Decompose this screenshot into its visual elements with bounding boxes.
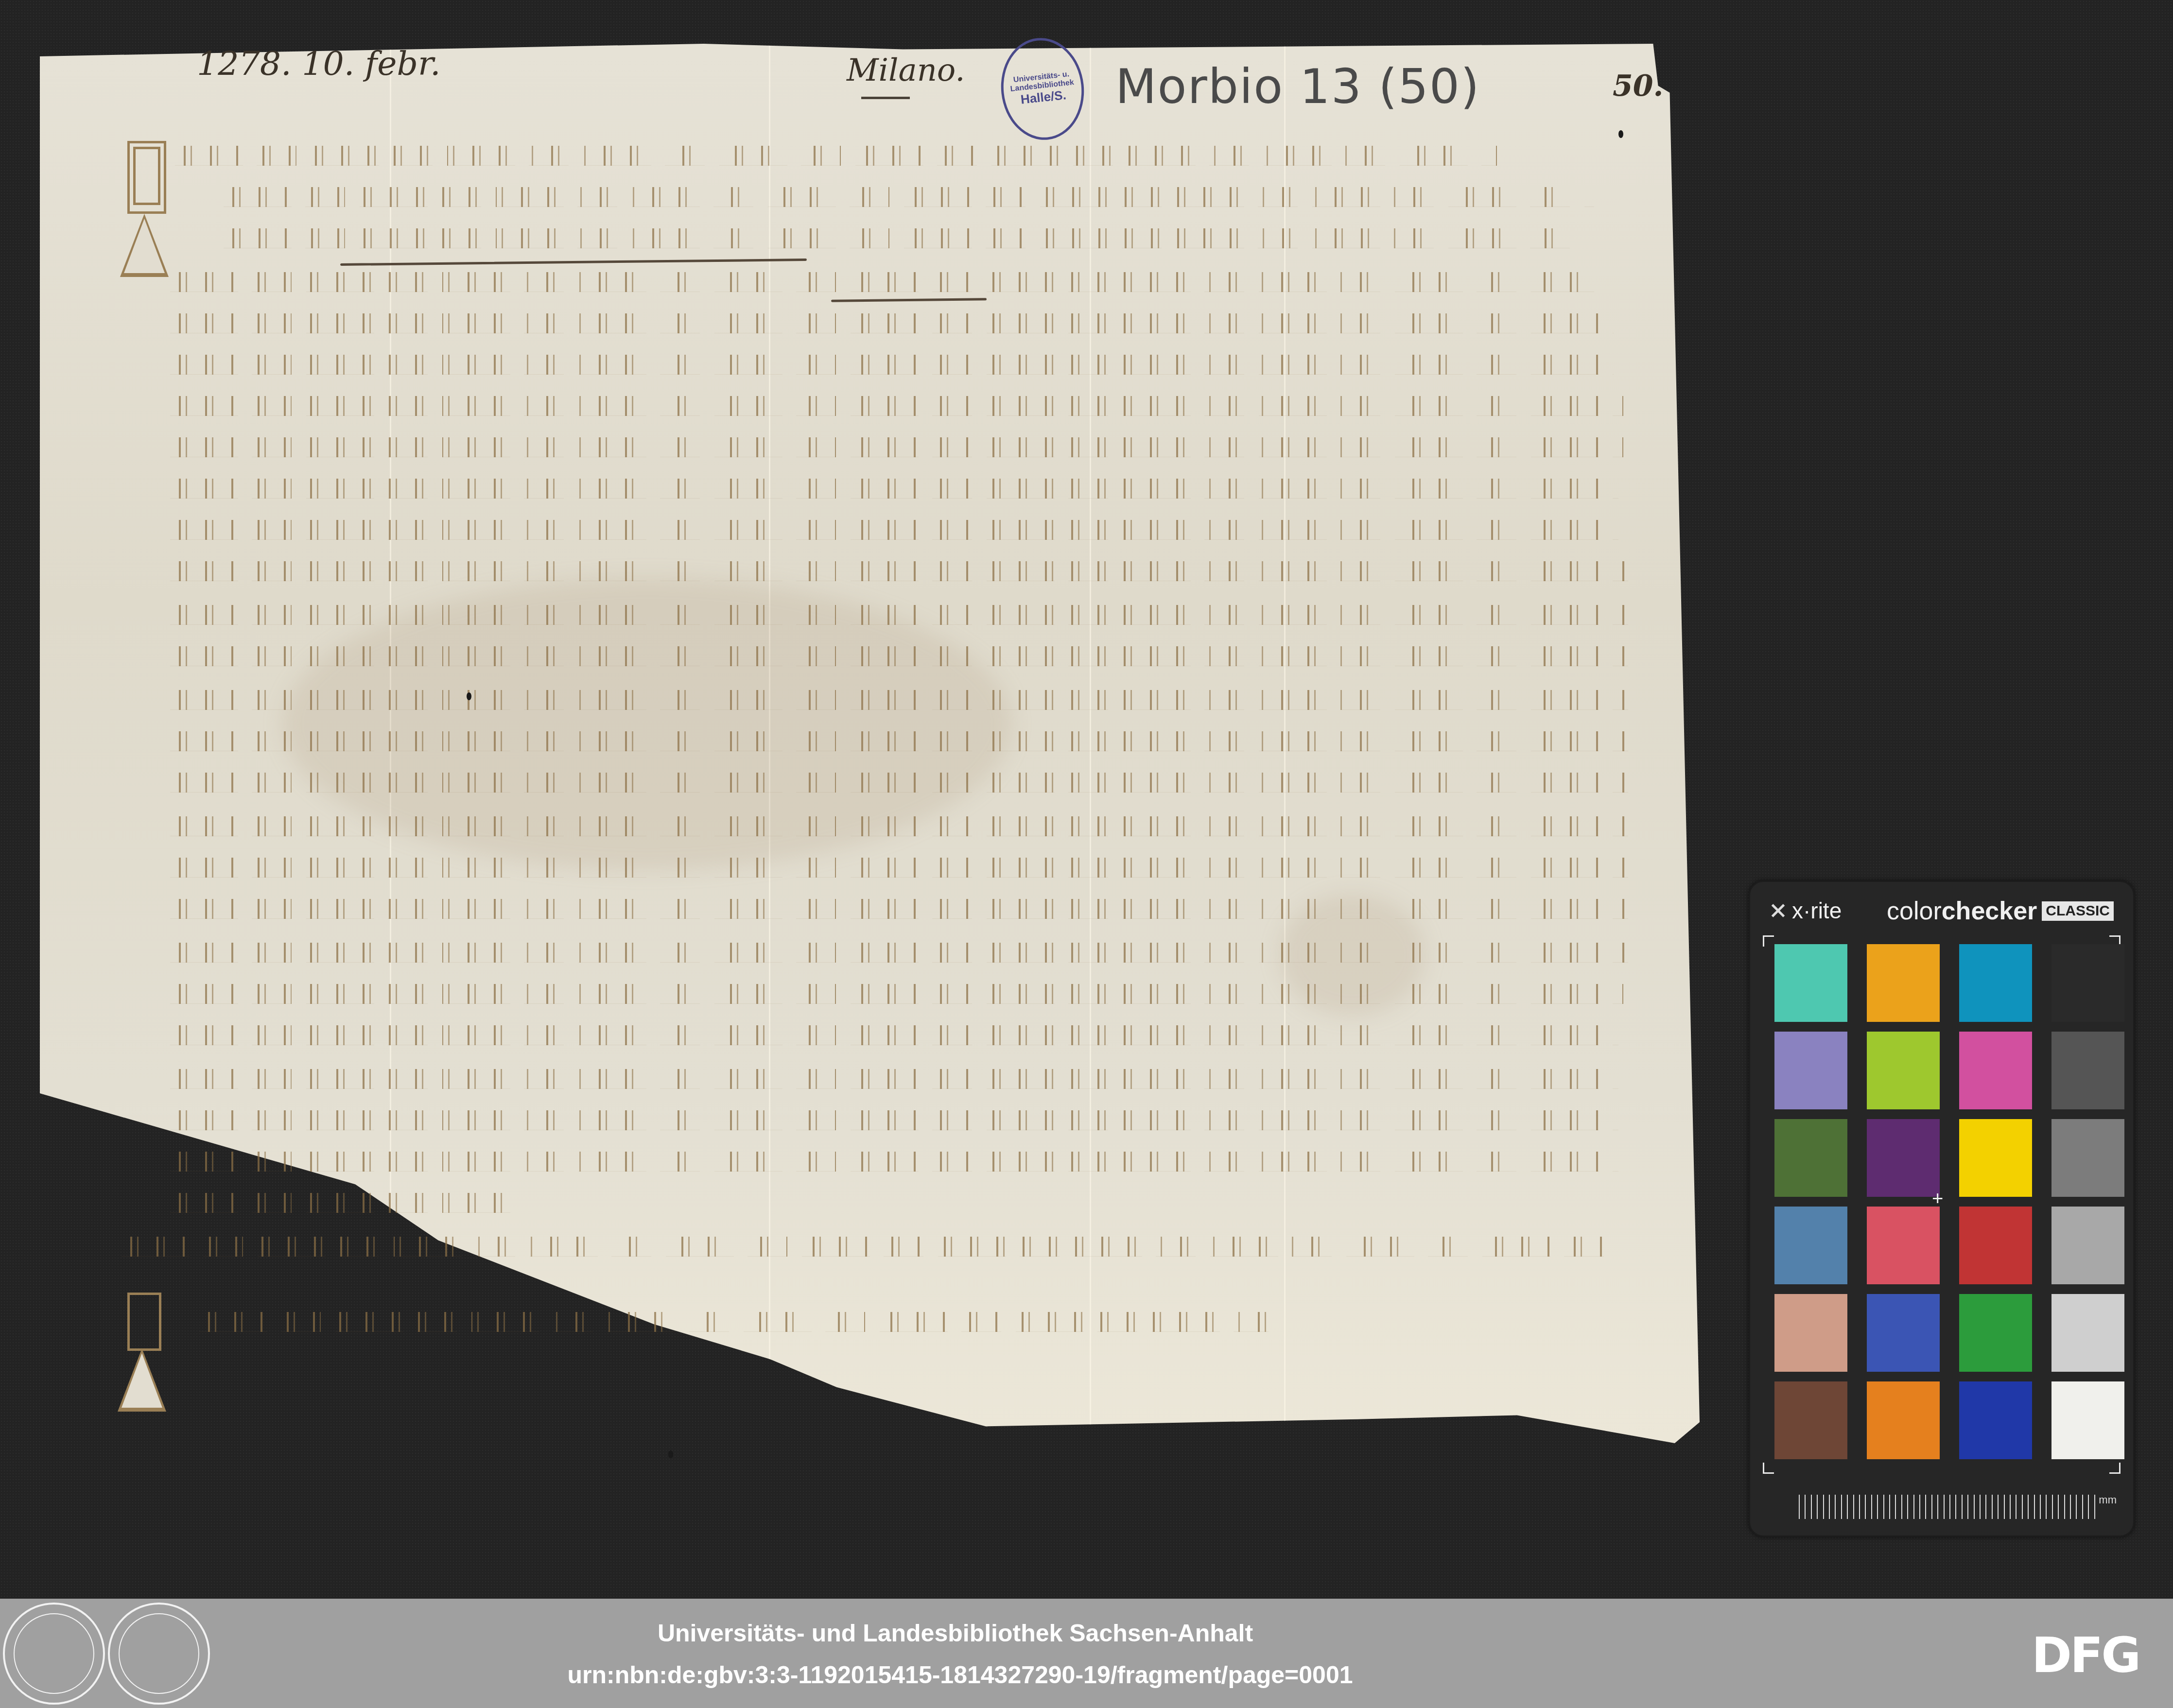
xrite-mark-icon bbox=[1770, 902, 1786, 919]
color-patch bbox=[1867, 1207, 1940, 1284]
place-annotation: Milano. bbox=[847, 52, 965, 88]
text-line bbox=[170, 355, 1614, 375]
text-line bbox=[170, 1152, 1618, 1172]
text-line bbox=[170, 690, 1628, 710]
text-line bbox=[170, 858, 1628, 878]
color-patch bbox=[1867, 1381, 1940, 1459]
dfg-logo: DFG bbox=[2032, 1627, 2139, 1684]
color-patch bbox=[1959, 1119, 2032, 1197]
text-line bbox=[170, 899, 1628, 919]
colorchecker-card: x·rite colorchecker CLASSIC + mm bbox=[1749, 880, 2135, 1537]
color-patch bbox=[1774, 1119, 1847, 1197]
text-line bbox=[170, 816, 1628, 836]
color-patch bbox=[1774, 1381, 1847, 1459]
color-patch bbox=[1774, 1032, 1847, 1109]
color-patch bbox=[1959, 1294, 2032, 1372]
text-line bbox=[170, 1110, 1618, 1130]
color-patch bbox=[1774, 1207, 1847, 1284]
university-seal-icon bbox=[3, 1603, 105, 1705]
date-annotation: 1278. 10. febr. bbox=[197, 45, 441, 83]
registration-corner-icon bbox=[1763, 1463, 1774, 1474]
color-patch bbox=[1959, 944, 2032, 1022]
color-patch bbox=[1867, 944, 1940, 1022]
title-bold: checker bbox=[1942, 897, 2037, 925]
wittenberg-seal-icon bbox=[108, 1603, 210, 1705]
text-line bbox=[170, 984, 1623, 1004]
color-patch bbox=[2051, 1294, 2124, 1372]
text-line bbox=[199, 1312, 1269, 1332]
parchment-hole bbox=[1618, 130, 1623, 138]
text-line bbox=[170, 943, 1628, 963]
title-light: color bbox=[1887, 897, 1942, 925]
color-patch bbox=[2051, 1381, 2124, 1459]
crosshair-icon: + bbox=[1932, 1189, 1943, 1208]
registration-corner-icon bbox=[2109, 1463, 2121, 1474]
text-line bbox=[122, 1237, 1618, 1257]
text-line bbox=[170, 520, 1618, 540]
mm-ruler bbox=[1799, 1495, 2100, 1519]
shelfmark-annotation: Morbio 13 (50) bbox=[1115, 59, 1480, 115]
text-line bbox=[170, 313, 1614, 333]
text-line bbox=[224, 228, 1575, 248]
text-line bbox=[170, 731, 1628, 751]
footer-bar: Universitäts- und Landesbibliothek Sachs… bbox=[0, 1599, 2173, 1708]
xrite-logo: x·rite bbox=[1770, 897, 1842, 924]
registration-corner-icon bbox=[1763, 935, 1774, 947]
parchment-hole bbox=[668, 1450, 673, 1458]
text-line bbox=[170, 561, 1628, 581]
color-patch bbox=[1774, 1294, 1847, 1372]
text-line bbox=[170, 773, 1628, 793]
color-patch-grid bbox=[1774, 944, 2124, 1459]
institution-name: Universitäts- und Landesbibliothek Sachs… bbox=[0, 1619, 2173, 1647]
folio-number: 50. bbox=[1613, 69, 1663, 103]
text-line bbox=[170, 646, 1628, 666]
color-patch bbox=[2051, 1119, 2124, 1197]
color-patch bbox=[1867, 1032, 1940, 1109]
text-line bbox=[170, 1025, 1618, 1045]
color-patch bbox=[2051, 1032, 2124, 1109]
color-patch bbox=[2051, 1207, 2124, 1284]
text-line bbox=[170, 605, 1628, 625]
color-patch bbox=[1867, 1294, 1940, 1372]
text-line bbox=[224, 187, 1594, 207]
color-patch bbox=[1774, 944, 1847, 1022]
text-line bbox=[175, 146, 1497, 166]
classic-badge: CLASSIC bbox=[2042, 901, 2114, 921]
text-line bbox=[170, 437, 1623, 457]
text-line bbox=[170, 479, 1618, 499]
urn-identifier: urn:nbn:de:gbv:3:3-1192015415-1814327290… bbox=[0, 1661, 2173, 1689]
color-patch bbox=[1867, 1119, 1940, 1197]
colorchecker-title: colorchecker CLASSIC bbox=[1887, 897, 2114, 926]
color-patch bbox=[1959, 1032, 2032, 1109]
text-line bbox=[170, 1069, 1618, 1089]
xrite-brand: x·rite bbox=[1792, 897, 1842, 924]
parchment-hole bbox=[467, 692, 471, 700]
color-patch bbox=[1959, 1381, 2032, 1459]
color-patch bbox=[2051, 944, 2124, 1022]
ruler-unit: mm bbox=[2099, 1494, 2117, 1506]
text-line bbox=[170, 1193, 520, 1213]
text-line bbox=[170, 272, 1594, 292]
text-line bbox=[170, 396, 1623, 416]
color-patch bbox=[1959, 1207, 2032, 1284]
